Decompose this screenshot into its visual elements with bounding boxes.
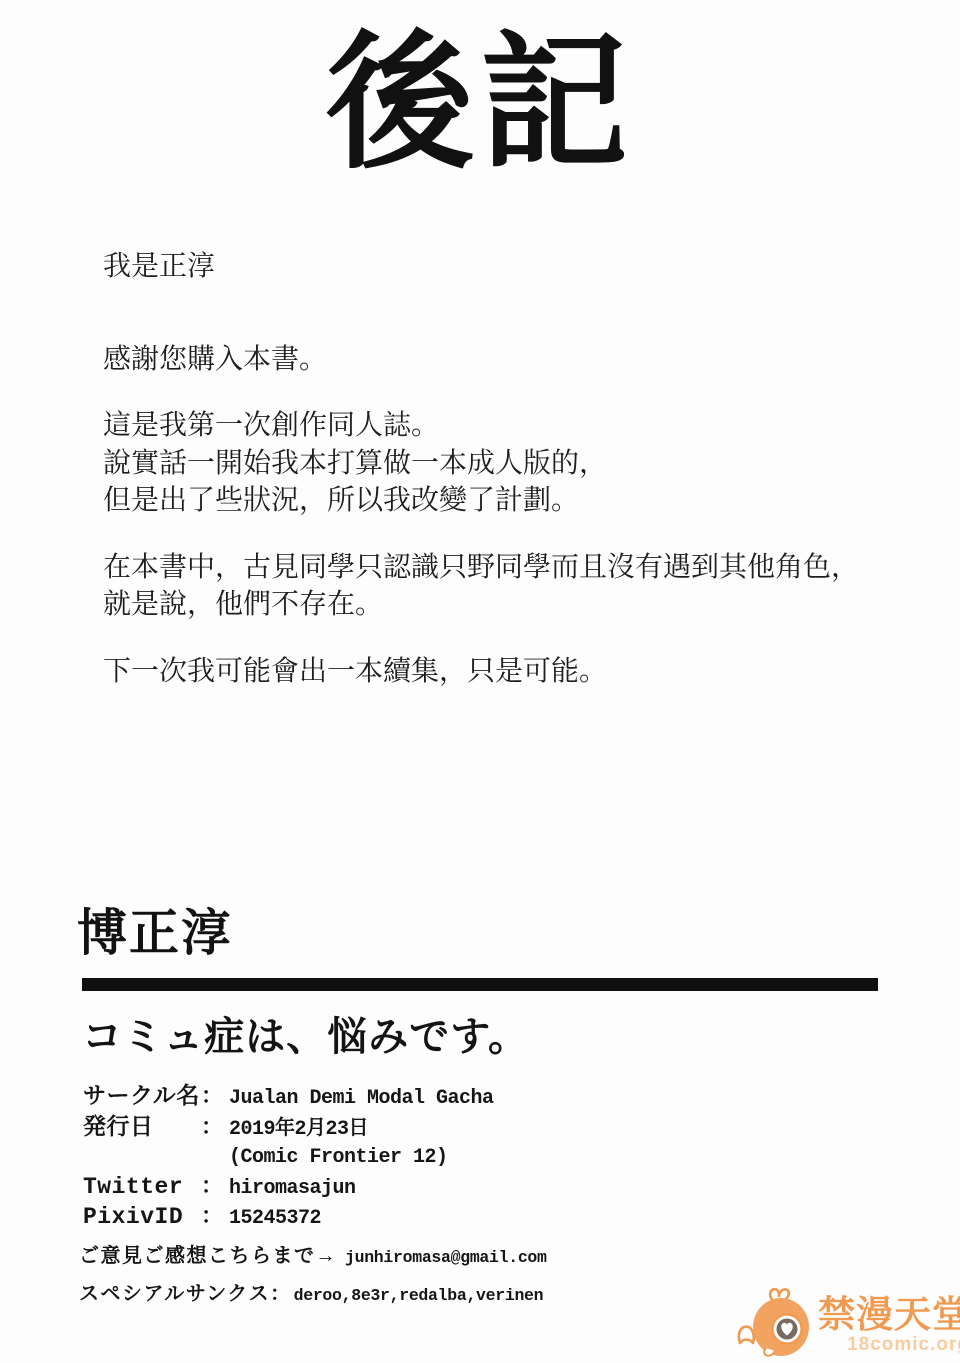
- book-title: コミュ症は、悩みです。: [82, 1014, 529, 1060]
- credit-label: Twitter: [83, 1173, 201, 1202]
- credit-colon: ：: [201, 1115, 229, 1144]
- paragraph: 感謝您購入本書。: [103, 340, 900, 378]
- credit-colon: ：: [201, 1084, 229, 1113]
- credit-row-publish-date: 発行日 ： 2019年2月23日: [83, 1114, 494, 1145]
- afterword-page: 後記 我是正淳 感謝您購入本書。 這是我第一次創作同人誌。 說實話一開始我本打算…: [0, 0, 960, 1363]
- page-title: 後記: [0, 26, 960, 181]
- credit-value: (Comic Frontier 12): [229, 1144, 494, 1173]
- credit-value: Jualan Demi Modal Gacha: [229, 1085, 494, 1114]
- special-thanks-label: スペシアルサンクス：: [79, 1277, 292, 1306]
- body-line: 這是我第一次創作同人誌。: [103, 406, 900, 444]
- special-thanks-line: スペシアルサンクス： deroo,8e3r,redalba,verinen: [79, 1277, 547, 1306]
- feedback-label: ご意見ご感想こちらまで→: [79, 1239, 337, 1268]
- paragraph: 這是我第一次創作同人誌。 說實話一開始我本打算做一本成人版的， 但是出了些狀況，…: [103, 406, 900, 519]
- body-line: 我是正淳: [103, 247, 900, 285]
- watermark-text: 禁漫天堂 18comic.org: [818, 1295, 960, 1355]
- credit-value: 15245372: [229, 1205, 494, 1234]
- credit-label: PixivID: [83, 1203, 201, 1232]
- credit-label: サークル名: [83, 1083, 201, 1112]
- body-line: 在本書中，古見同學只認識只野同學而且沒有遇到其他角色，: [103, 548, 900, 586]
- paragraph: 在本書中，古見同學只認識只野同學而且沒有遇到其他角色， 就是說，他們不存在。: [103, 548, 900, 623]
- author-name: 博正淳: [77, 903, 233, 963]
- divider-rule: [82, 978, 878, 991]
- credit-row-twitter: Twitter ： hiromasajun: [83, 1173, 494, 1204]
- contact-block: ご意見ご感想こちらまで→ junhiromasa@gmail.com スペシアル…: [79, 1239, 547, 1315]
- credit-value: hiromasajun: [229, 1175, 494, 1204]
- body-line: 下一次我可能會出一本續集，只是可能。: [103, 652, 900, 690]
- credit-colon: ：: [201, 1204, 229, 1233]
- credit-colon: ：: [201, 1174, 229, 1203]
- site-watermark: 禁漫天堂 18comic.org: [736, 1284, 960, 1363]
- body-line: 但是出了些狀況，所以我改變了計劃。: [103, 481, 900, 519]
- paragraph: 下一次我可能會出一本續集，只是可能。: [103, 652, 900, 690]
- credit-row-pixiv: PixivID ： 15245372: [83, 1203, 494, 1234]
- credit-row-event: (Comic Frontier 12): [83, 1144, 494, 1173]
- feedback-line: ご意見ご感想こちらまで→ junhiromasa@gmail.com: [79, 1239, 547, 1268]
- site-url: 18comic.org: [818, 1335, 960, 1355]
- credit-value: 2019年2月23日: [229, 1116, 494, 1145]
- body-line: 說實話一開始我本打算做一本成人版的，: [103, 444, 900, 482]
- afterword-body: 我是正淳 感謝您購入本書。 這是我第一次創作同人誌。 說實話一開始我本打算做一本…: [103, 247, 900, 718]
- feedback-email: junhiromasa@gmail.com: [345, 1248, 547, 1267]
- colophon-credits: サークル名 ： Jualan Demi Modal Gacha 発行日 ： 20…: [83, 1083, 494, 1234]
- paragraph: 我是正淳: [103, 247, 900, 285]
- body-line: 就是說，他們不存在。: [103, 585, 900, 623]
- credit-label: 発行日: [83, 1114, 201, 1143]
- body-line: 感謝您購入本書。: [103, 340, 900, 378]
- site-name: 禁漫天堂: [818, 1295, 960, 1335]
- special-thanks-names: deroo,8e3r,redalba,verinen: [294, 1286, 544, 1305]
- whale-mascot-icon: [736, 1284, 816, 1363]
- credit-row-circle: サークル名 ： Jualan Demi Modal Gacha: [83, 1083, 494, 1114]
